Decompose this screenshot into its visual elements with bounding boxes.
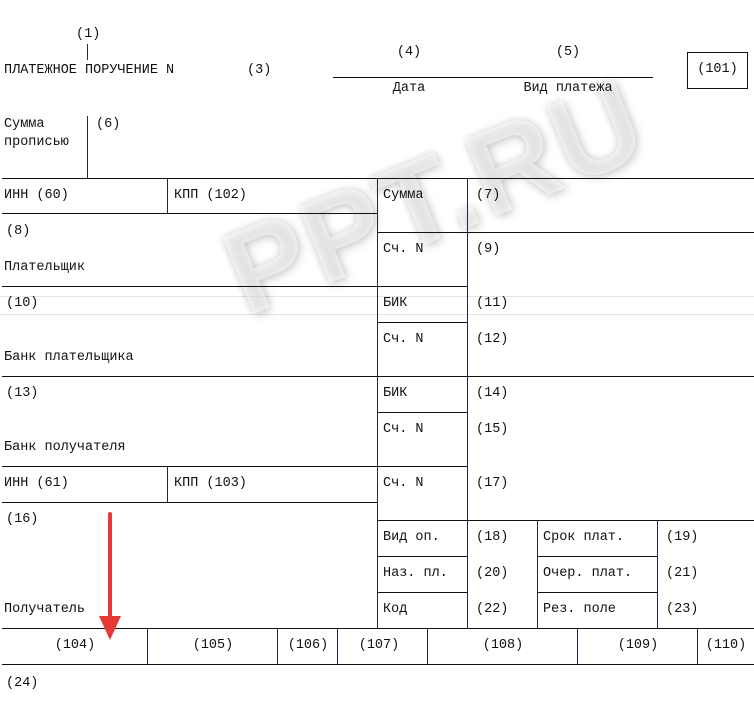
line-213 — [2, 213, 378, 214]
payer-bank-bik-label: БИК — [383, 296, 407, 312]
date-underline — [333, 77, 485, 78]
payer-bank-account-label: Сч. N — [383, 332, 424, 348]
payment-type-underline — [483, 77, 653, 78]
payee-bank-account-field[interactable]: (15) — [476, 422, 508, 438]
document-title: ПЛАТЕЖНОЕ ПОРУЧЕНИЕ N — [4, 63, 174, 79]
payer-bank-field[interactable]: (10) — [6, 296, 38, 312]
field-1: (1) — [76, 27, 100, 43]
payee-label: Получатель — [4, 602, 85, 618]
vline-467 — [467, 178, 468, 628]
payee-bank-field[interactable]: (13) — [6, 386, 38, 402]
payee-bank-label: Банк получателя — [4, 440, 126, 456]
purpose-code-field[interactable]: (20) — [476, 566, 508, 582]
payer-account-label: Сч. N — [383, 242, 424, 258]
reserve-field[interactable]: (23) — [666, 602, 698, 618]
line-466 — [2, 466, 468, 467]
payment-purpose-field[interactable]: (24) — [6, 676, 38, 692]
payee-name-field[interactable]: (16) — [6, 512, 38, 528]
line-232 — [378, 232, 754, 233]
order-label: Очер. плат. — [543, 566, 632, 582]
due-field[interactable]: (19) — [666, 530, 698, 546]
purpose-code-label: Наз. пл. — [383, 566, 448, 582]
payment-type-label: Вид платежа — [483, 81, 653, 97]
tax-field-109[interactable]: (109) — [578, 638, 698, 654]
order-field[interactable]: (21) — [666, 566, 698, 582]
line-376 — [2, 376, 754, 377]
amount-words-label-2: прописью — [4, 135, 69, 151]
payer-bank-bik-field[interactable]: (11) — [476, 296, 508, 312]
payer-bank-account-field[interactable]: (12) — [476, 332, 508, 348]
vline-537 — [537, 520, 538, 628]
payer-inn[interactable]: ИНН (60) — [4, 188, 69, 204]
payee-bank-account-label: Сч. N — [383, 422, 424, 438]
tax-field-104[interactable]: (104) — [2, 638, 148, 654]
line-322 — [378, 322, 468, 323]
code-field[interactable]: (22) — [476, 602, 508, 618]
payee-bank-bik-field[interactable]: (14) — [476, 386, 508, 402]
amount-words-label-1: Сумма — [4, 117, 45, 133]
line-286 — [2, 286, 378, 287]
payer-kpp[interactable]: КПП (102) — [174, 188, 247, 204]
payer-account-field[interactable]: (9) — [476, 242, 500, 258]
line-412 — [378, 412, 468, 413]
tax-field-105[interactable]: (105) — [148, 638, 278, 654]
date-label: Дата — [333, 81, 485, 97]
payee-account-field[interactable]: (17) — [476, 476, 508, 492]
payment-type-field[interactable]: (5) — [483, 45, 653, 61]
line-592a — [378, 592, 468, 593]
vline-377 — [377, 178, 378, 628]
amount-field[interactable]: (7) — [476, 188, 500, 204]
amount-words-divider — [87, 116, 88, 178]
tax-field-107[interactable]: (107) — [338, 638, 420, 654]
line-520 — [378, 520, 754, 521]
vline-inn-kpp-payer — [167, 178, 168, 213]
amount-label: Сумма — [383, 188, 424, 204]
tax-field-108[interactable]: (108) — [428, 638, 578, 654]
tax-field-106[interactable]: (106) — [278, 638, 338, 654]
line-502 — [2, 502, 378, 503]
vline-657 — [657, 520, 658, 628]
tax-field-110[interactable]: (110) — [698, 638, 754, 654]
line-592b — [538, 592, 658, 593]
code-label: Код — [383, 602, 407, 618]
line-286b — [378, 286, 468, 287]
payer-bank-label: Банк плательщика — [4, 350, 134, 366]
date-field[interactable]: (4) — [333, 45, 485, 61]
payee-kpp[interactable]: КПП (103) — [174, 476, 247, 492]
op-type-field[interactable]: (18) — [476, 530, 508, 546]
amount-words-field[interactable]: (6) — [96, 117, 120, 133]
line-178 — [2, 178, 754, 179]
line-556b — [538, 556, 658, 557]
payee-account-label: Сч. N — [383, 476, 424, 492]
field-1-pointer — [87, 44, 88, 60]
reserve-label: Рез. поле — [543, 602, 616, 618]
line-664 — [2, 664, 754, 665]
payer-name-field[interactable]: (8) — [6, 224, 30, 240]
payee-bank-bik-label: БИК — [383, 386, 407, 402]
op-type-label: Вид оп. — [383, 530, 440, 546]
document-number-field[interactable]: (3) — [247, 63, 271, 79]
red-arrow-icon — [96, 512, 126, 642]
payee-inn[interactable]: ИНН (61) — [4, 476, 69, 492]
payer-label: Плательщик — [4, 260, 85, 276]
field-101-box[interactable]: (101) — [687, 52, 748, 89]
line-556a — [378, 556, 468, 557]
vline-inn-kpp-payee — [167, 466, 168, 502]
due-label: Срок плат. — [543, 530, 624, 546]
